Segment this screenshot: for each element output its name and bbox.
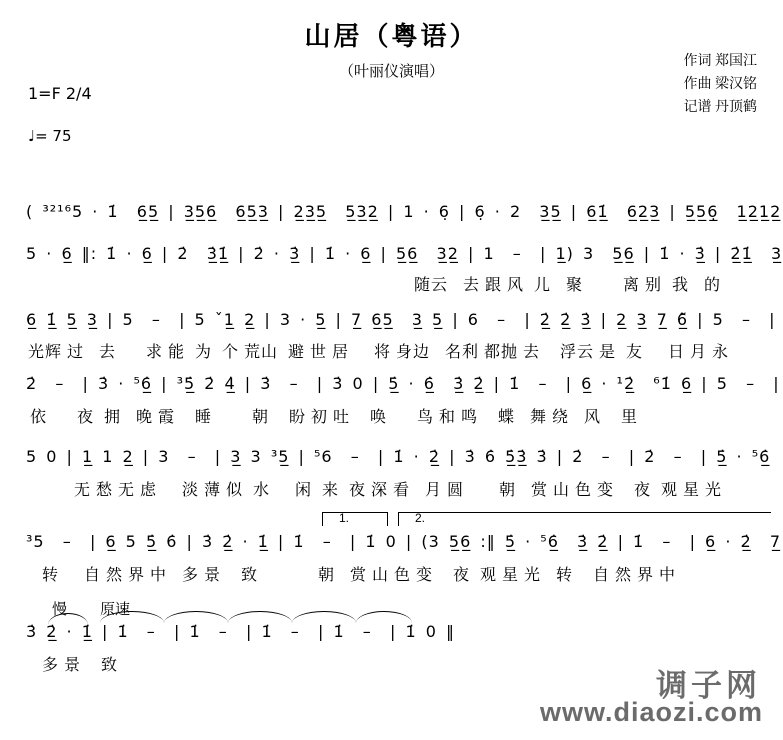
song-title: 山居（粤语） — [0, 16, 783, 53]
volta-bracket-2: 2. — [398, 512, 771, 526]
notation-line-2: 5 · 6̲ ‖: 1̇ · 6̲ | 2̇ 3̲̇1̲̇ | 2̇ · 3̲̇… — [26, 244, 779, 263]
key-signature: 1=F 2/4 — [28, 84, 92, 103]
credit-composer: 作曲 梁汉铭 — [684, 73, 758, 96]
lyrics-line-2: 随云 去 跟 风 儿 聚 离 别 我 的 — [26, 272, 779, 295]
credit-transcriber: 记谱 丹顶鹤 — [684, 96, 758, 119]
notation-line-6: ³5 – | 6̲ 5 5̲̇ 6̇ | 3̇ 2̲̇ · 1̲̇ | 1̇ –… — [26, 532, 779, 551]
performer-subtitle: （叶丽仪演唱） — [0, 60, 783, 81]
credit-lyricist: 作词 郑国江 — [684, 50, 758, 73]
volta-1-label: 1. — [323, 511, 349, 525]
lyrics-line-3: 光辉 过 去 求 能 为 个 荒山 避 世 居 将 身边 名利 都抛 去 浮云 … — [26, 339, 779, 362]
volta-bracket-1: 1. — [322, 512, 388, 526]
tempo-marking: ♩= 75 — [28, 127, 72, 145]
lyrics-line-5: 无 愁 无 虑 淡 薄 似 水 闲 来 夜 深 看 月 圆 朝 赏 山 色 变 … — [26, 477, 779, 500]
notation-line-7: 3̇ 2̲̇ · 1̲̇ | 1̇ – | 1̇ – | 1̇ – | 1̇ –… — [26, 622, 779, 641]
lyrics-line-6: 转 自 然 界 中 多 景 致 朝 赏 山 色 变 夜 观 星 光 转 自 然 … — [26, 562, 779, 585]
notation-line-5: 5 0 | 1̲ 1 2̲ | 3 – | 3̲ 3 ³5̲ | ⁵6 – | … — [26, 447, 779, 466]
lyrics-line-4: 依 夜 拥 晚 霞 睡 朝 盼 初 吐 唤 鸟 和 鸣 蝶 舞 绕 风 里 — [26, 404, 779, 427]
credits-block: 作词 郑国江 作曲 梁汉铭 记谱 丹顶鹤 — [684, 50, 758, 119]
sheet-music-page: 山居（粤语） （叶丽仪演唱） 作词 郑国江 作曲 梁汉铭 记谱 丹顶鹤 1=F … — [0, 0, 783, 740]
notation-line-1: ( ³²¹⁶5 · 1̇ 6̲5̲ | 3̲5̲6̲ 6̲5̲3̲ | 2̲3̲… — [26, 202, 779, 221]
notation-line-4: 2̇ – | 3̇ · ⁵6̲̇ | ³5̲̇ 2̇ 4̲̇ | 3̇ – | … — [26, 374, 779, 393]
watermark-site-url: www.diaozi.com — [540, 697, 763, 728]
notation-line-3: 6̲ 1̲̇ 5̲ 3̲ | 5 – | 5 ˇ1̲ 2̲ | 3 · 5̲ |… — [26, 310, 779, 329]
volta-2-label: 2. — [399, 511, 425, 525]
